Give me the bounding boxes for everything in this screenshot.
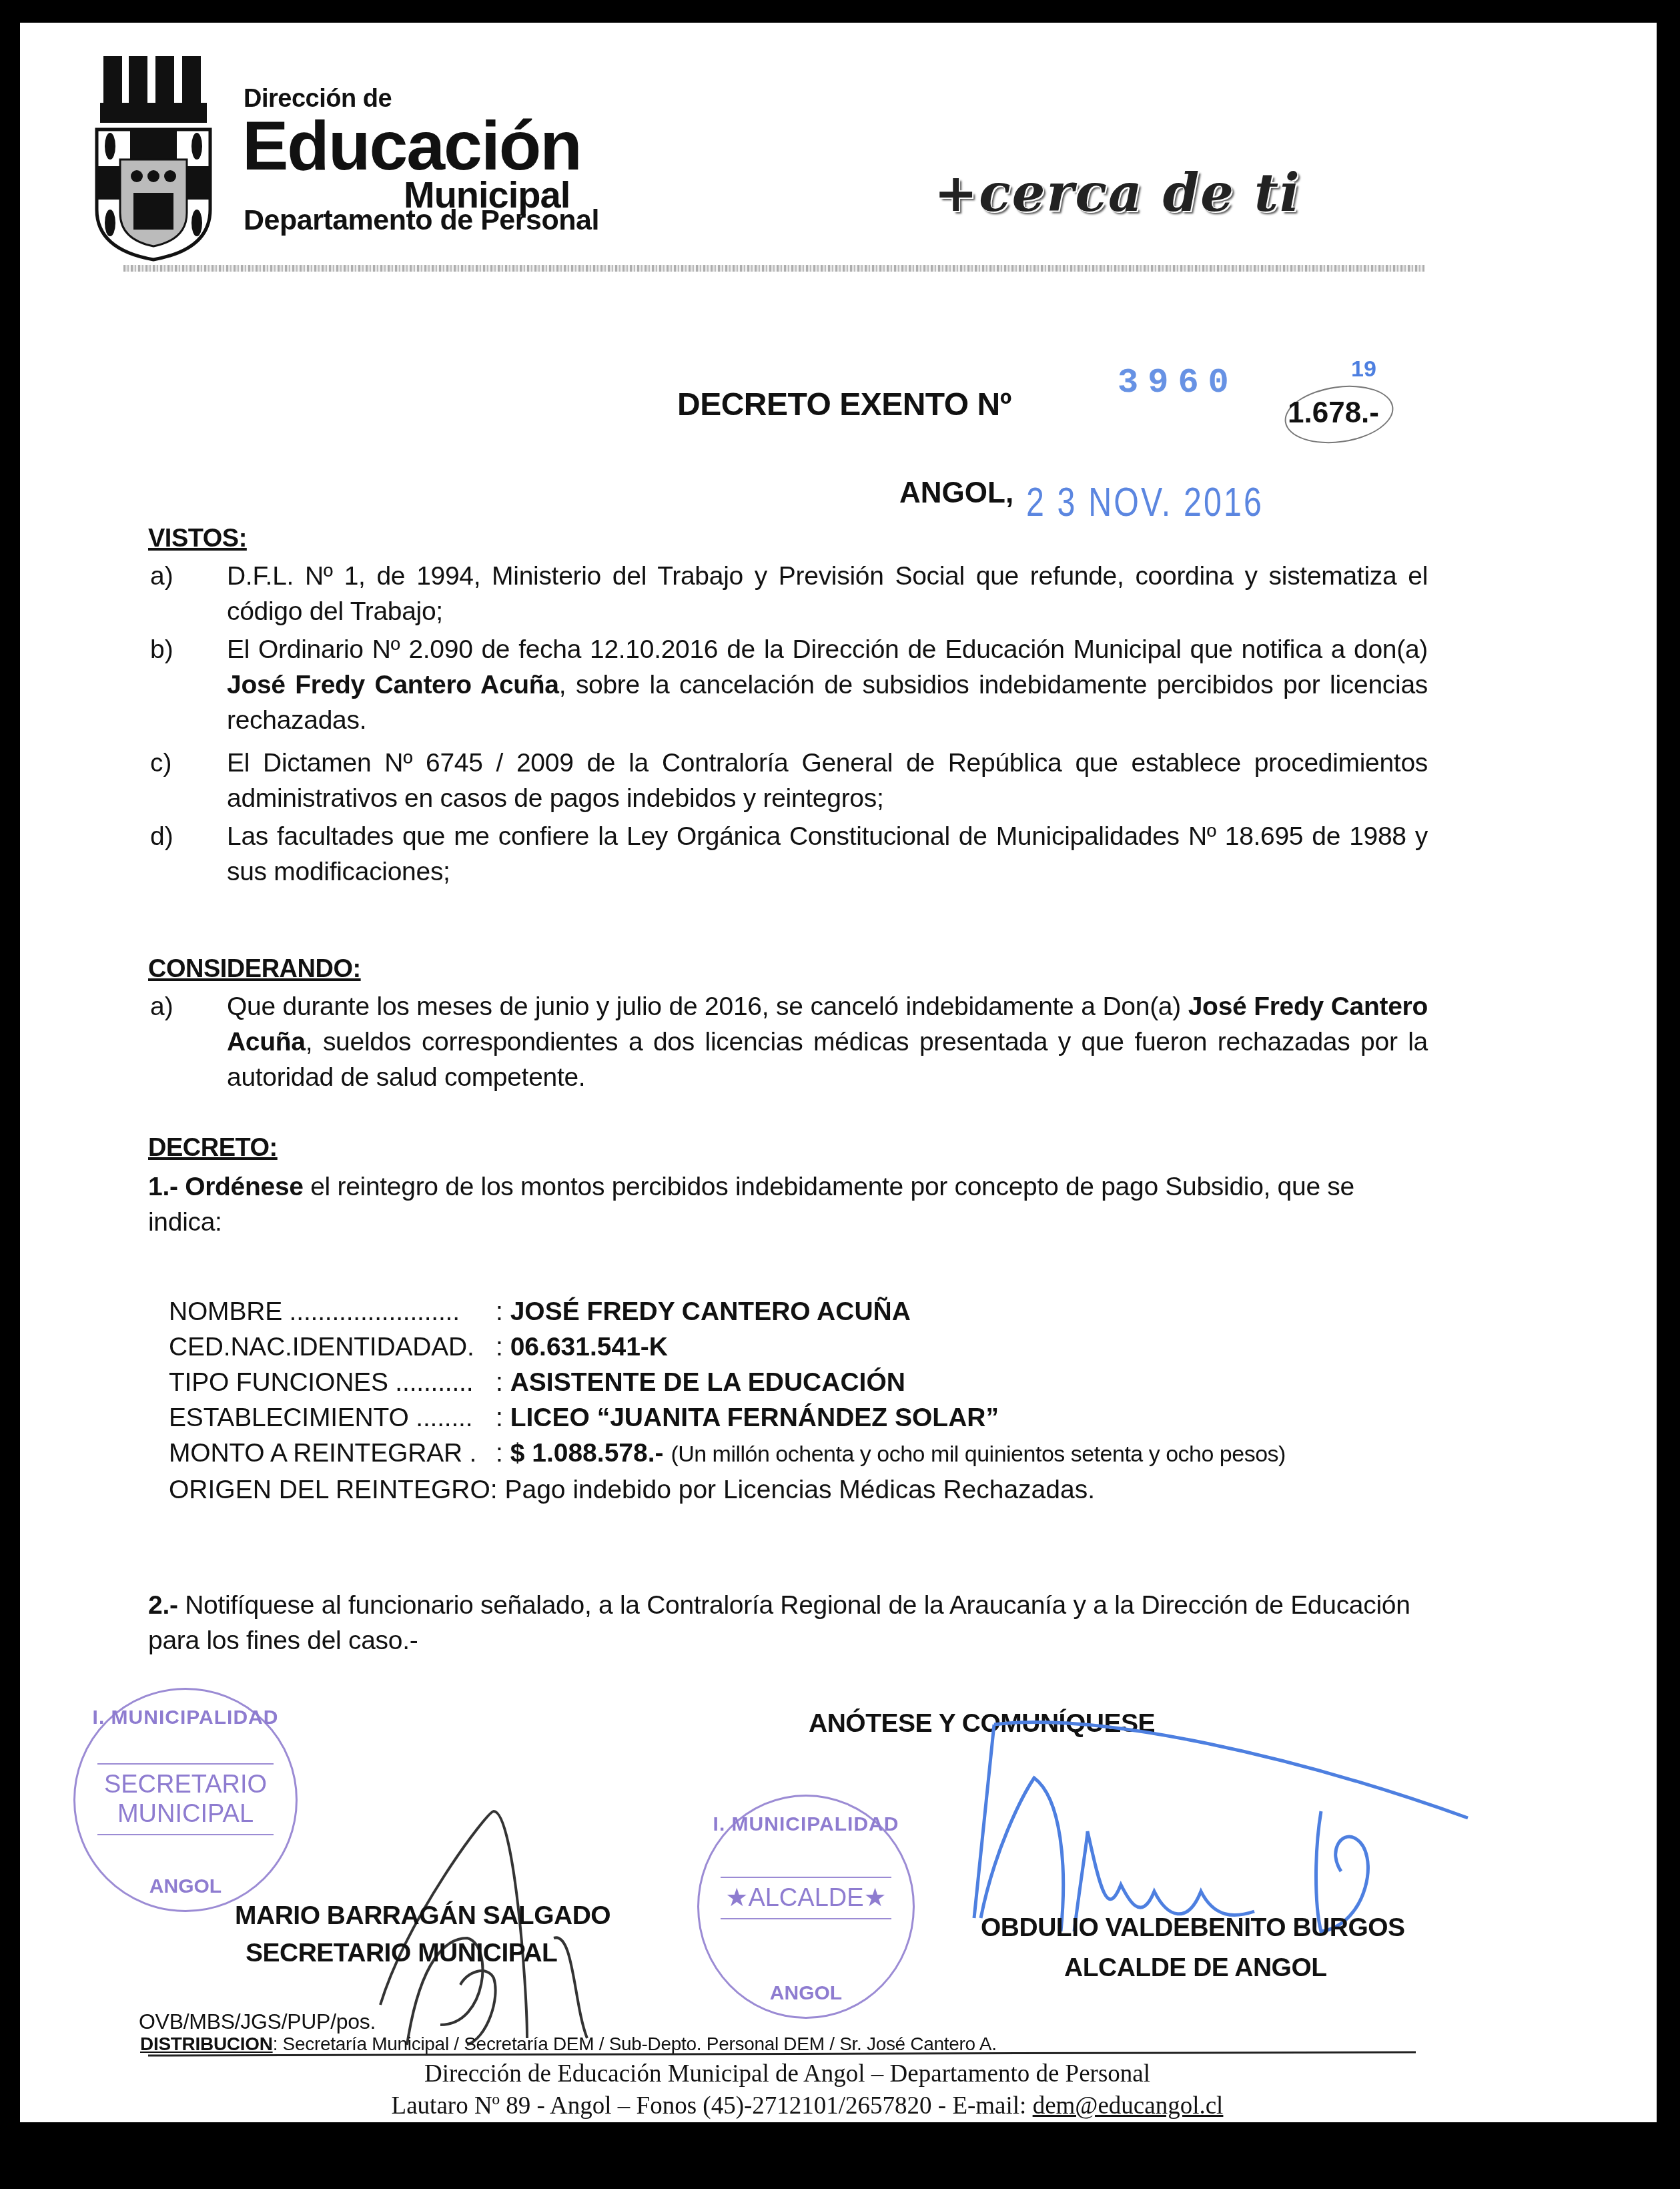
detail-row: TIPO FUNCIONES ...........: ASISTENTE DE…: [169, 1365, 1286, 1400]
initials: OVB/MBS/JGS/PUP/pos.: [139, 2009, 376, 2034]
detail-key: TIPO FUNCIONES ...........: [169, 1365, 496, 1400]
detail-row: CED.NAC.IDENTIDADAD.: 06.631.541-K: [169, 1329, 1286, 1365]
item-text-pre: Que durante los meses de junio y julio d…: [227, 992, 1188, 1021]
point-1-text: el reintegro de los montos percibidos in…: [148, 1173, 1354, 1237]
item-label: a): [150, 989, 173, 1024]
item-text: Las facultades que me confiere la Ley Or…: [227, 819, 1428, 890]
item-text: El Dictamen Nº 6745 / 2009 de la Contral…: [227, 745, 1428, 816]
detail-value: ASISTENTE DE LA EDUCACIÓN: [510, 1368, 905, 1397]
header-divider: [123, 265, 1424, 272]
item-label: d): [150, 819, 173, 854]
item-text-pre: El Ordinario Nº 2.090 de fecha 12.10.201…: [227, 635, 1428, 664]
detail-key: MONTO A REINTEGRAR .: [169, 1436, 496, 1471]
footer-address: Lautaro Nº 89 - Angol – Fonos (45)-27121…: [274, 2092, 1341, 2120]
footer-org: Dirección de Educación Municipal de Ango…: [287, 2060, 1288, 2088]
amount-value: $ 1.088.578.-: [510, 1439, 664, 1468]
decree-point-1: 1.- Ordénese el reintegro de los montos …: [148, 1169, 1432, 1240]
distribution: DISTRIBUCION: Secretaría Municipal / Sec…: [140, 2034, 997, 2055]
date-stamp: 2 3 NOV. 2016: [1026, 479, 1264, 526]
detail-row: NOMBRE ........................: JOSÉ FR…: [169, 1294, 1286, 1329]
detail-row: ESTABLECIMIENTO ........: LICEO “JUANITA…: [169, 1400, 1286, 1436]
alcalde-signature-icon: [967, 1718, 1501, 1938]
place-label: ANGOL,: [899, 477, 1013, 510]
point-1-lead: 1.- Ordénese: [148, 1173, 304, 1201]
header-line-4: Departamento de Personal: [244, 206, 599, 235]
vistos-item: b) El Ordinario Nº 2.090 de fecha 12.10.…: [150, 632, 1428, 738]
beneficiary-details: NOMBRE ........................: JOSÉ FR…: [169, 1294, 1286, 1508]
distribution-text: : Secretaría Municipal / Secretaría DEM …: [273, 2034, 997, 2054]
seal-middle-text: ★ALCALDE★: [721, 1877, 891, 1919]
decree-number: 1.678.-: [1288, 396, 1379, 430]
decreto-heading: DECRETO:: [148, 1134, 278, 1163]
email-link[interactable]: dem@educangol.cl: [1033, 2092, 1224, 2120]
detail-value: JOSÉ FREDY CANTERO ACUÑA: [510, 1297, 911, 1326]
alcalde-name: OBDULIO VALDEBENITO BURGOS: [981, 1913, 1405, 1943]
decree-title: DECRETO EXENTO Nº: [677, 386, 1011, 423]
detail-value: 06.631.541-K: [510, 1333, 668, 1361]
coat-of-arms-icon: [90, 56, 217, 263]
item-label: a): [150, 559, 173, 594]
registry-stamp-number: 3960: [1118, 363, 1238, 402]
detail-value: Pago indebido por Licencias Médicas Rech…: [504, 1476, 1095, 1504]
point-2-lead: 2.-: [148, 1591, 178, 1620]
seal-top-text: I. MUNICIPALIDAD: [699, 1813, 913, 1836]
registry-stamp-mini: 19: [1351, 356, 1376, 382]
vistos-item: a) D.F.L. Nº 1, de 1994, Ministerio del …: [150, 559, 1428, 629]
seal-bottom-text: ANGOL: [75, 1875, 296, 1898]
detail-row: MONTO A REINTEGRAR .: $ 1.088.578.- (Un …: [169, 1436, 1286, 1472]
document-page: Dirección de Educación Municipal Departa…: [20, 23, 1657, 2122]
distribution-label: DISTRIBUCION: [140, 2034, 273, 2054]
secretario-name: MARIO BARRAGÁN SALGADO: [235, 1901, 610, 1931]
vistos-item: c) El Dictamen Nº 6745 / 2009 de la Cont…: [150, 745, 1428, 816]
seal-top-text: I. MUNICIPALIDAD: [75, 1706, 296, 1729]
decree-point-2: 2.- Notifíquese al funcionario señalado,…: [148, 1588, 1432, 1658]
alcalde-role: ALCALDE DE ANGOL: [1064, 1953, 1327, 1983]
seal-bottom-text: ANGOL: [699, 1982, 913, 2005]
detail-value: LICEO “JUANITA FERNÁNDEZ SOLAR”: [510, 1403, 999, 1432]
item-text: Que durante los meses de junio y julio d…: [227, 989, 1428, 1095]
secretario-seal: I. MUNICIPALIDAD SECRETARIO MUNICIPAL AN…: [73, 1688, 298, 1912]
address-text: Lautaro Nº 89 - Angol – Fonos (45)-27121…: [392, 2092, 1033, 2120]
considerando-heading: CONSIDERANDO:: [148, 955, 361, 984]
item-label: b): [150, 632, 173, 667]
slogan-logo: +cerca de ti: [934, 163, 1301, 224]
item-text: El Ordinario Nº 2.090 de fecha 12.10.201…: [227, 632, 1428, 738]
secretario-role: SECRETARIO MUNICIPAL: [246, 1939, 557, 1968]
detail-key: ORIGEN DEL REINTEGRO: [169, 1476, 490, 1504]
vistos-item: d) Las facultades que me confiere la Ley…: [150, 819, 1428, 890]
item-text-post: , sueldos correspondientes a dos licenci…: [227, 1028, 1428, 1092]
item-label: c): [150, 745, 172, 781]
header-line-2: Educación: [242, 111, 581, 181]
detail-key: ESTABLECIMIENTO ........: [169, 1400, 496, 1436]
considerando-item: a) Que durante los meses de junio y juli…: [150, 989, 1428, 1095]
point-2-text: Notifíquese al funcionario señalado, a l…: [148, 1591, 1410, 1655]
vistos-heading: VISTOS:: [148, 525, 247, 553]
person-name: José Fredy Cantero Acuña: [227, 671, 559, 699]
alcalde-seal: I. MUNICIPALIDAD ★ALCALDE★ ANGOL: [697, 1795, 915, 2019]
item-text: D.F.L. Nº 1, de 1994, Ministerio del Tra…: [227, 559, 1428, 629]
detail-key: NOMBRE ........................: [169, 1294, 496, 1329]
seal-middle-text: SECRETARIO MUNICIPAL: [97, 1763, 274, 1835]
detail-key: CED.NAC.IDENTIDADAD.: [169, 1329, 496, 1365]
detail-row: ORIGEN DEL REINTEGRO: Pago indebido por …: [169, 1472, 1286, 1508]
amount-in-words: (Un millón ochenta y ocho mil quinientos…: [671, 1442, 1286, 1467]
